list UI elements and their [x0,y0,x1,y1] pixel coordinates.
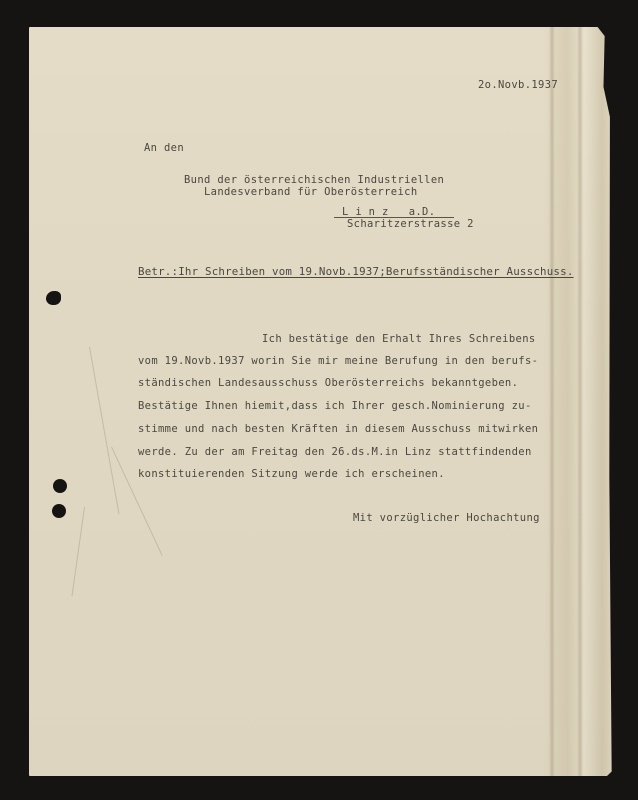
document-scan: 2o.Novb.1937 An den Bund der österreichi… [0,0,638,800]
recipient-line1: Bund der österreichischen Industriellen [184,175,444,186]
recipient-street: Scharitzerstrasse 2 [347,219,474,230]
letter-date: 2o.Novb.1937 [478,80,558,91]
body-line: werde. Zu der am Freitag den 26.ds.M.in … [138,447,532,458]
subject-line: Betr.:Ihr Schreiben vom 19.Novb.1937;Ber… [138,267,574,278]
body-line: Bestätige Ihnen hiemit,dass ich Ihrer ge… [138,401,532,412]
body-line: ständischen Landesausschuss Oberösterrei… [138,378,518,389]
punch-hole [52,504,66,518]
punch-hole [46,291,61,305]
body-line: konstituierenden Sitzung werde ich ersch… [138,469,445,480]
paper-fold [577,27,583,776]
salutation-to: An den [144,143,184,154]
body-line: stimme und nach besten Kräften in diesem… [138,424,538,435]
recipient-line2: Landesverband für Oberösterreich [204,187,418,198]
punch-hole [53,479,67,493]
recipient-city: L i n z a.D. [342,207,435,218]
closing: Mit vorzüglicher Hochachtung [353,513,540,524]
pencil-mark [111,447,163,556]
pencil-mark [71,507,85,596]
body-line: vom 19.Novb.1937 worin Sie mir meine Ber… [138,356,538,367]
pencil-mark [89,347,120,515]
paper-fold [549,27,555,776]
body-line: Ich bestätige den Erhalt Ihres Schreiben… [262,334,536,345]
